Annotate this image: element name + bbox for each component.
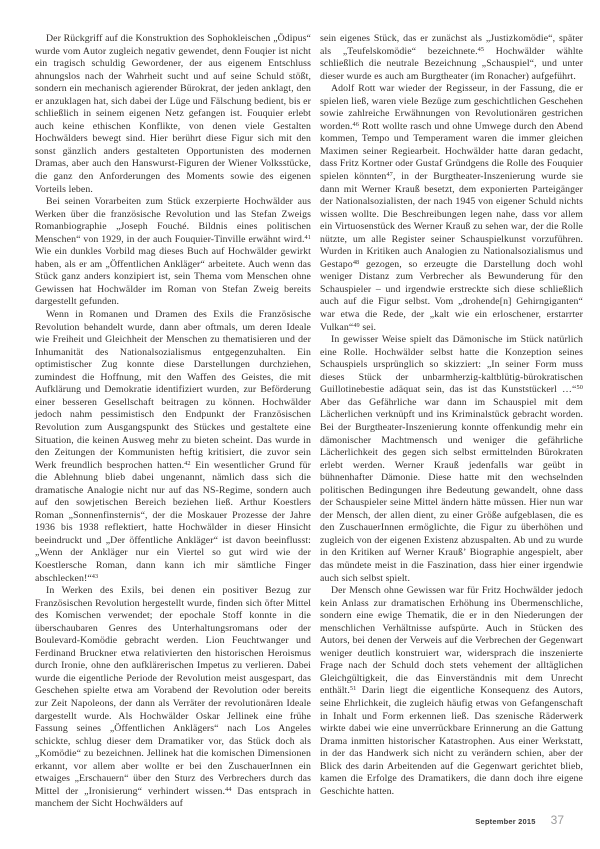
paragraph: Der Mensch ohne Gewissen war für Fritz H…	[320, 585, 583, 798]
footnote-ref: 44	[225, 786, 232, 793]
page-footer: September 2015 37	[475, 813, 564, 827]
footnote-ref: 43	[92, 573, 99, 580]
footnote-ref: 51	[350, 685, 357, 692]
footnote-ref: 41	[305, 234, 312, 241]
column-right: sein eigenes Stück, das er zunächst als …	[320, 33, 583, 811]
footer-page-number: 37	[551, 813, 564, 827]
paragraph: In gewisser Weise spielt das Dämonische …	[320, 334, 583, 585]
footnote-ref: 50	[577, 384, 584, 391]
document-page: Der Rückgriff auf die Konstruktion des S…	[0, 0, 600, 849]
text-columns: Der Rückgriff auf die Konstruktion des S…	[35, 33, 583, 811]
paragraph: Adolf Rott war wieder der Regisseur, in …	[320, 83, 583, 334]
footnote-ref: 42	[184, 460, 191, 467]
paragraph: Bei seinen Vorarbeiten zum Stück exzerpi…	[35, 196, 311, 309]
footnote-ref: 49	[353, 322, 360, 329]
paragraph: sein eigenes Stück, das er zunächst als …	[320, 33, 583, 83]
column-left: Der Rückgriff auf die Konstruktion des S…	[35, 33, 311, 811]
paragraph: Wenn in Romanen und Dramen des Exils die…	[35, 309, 311, 585]
footnote-ref: 47	[386, 171, 393, 178]
footnote-ref: 48	[353, 259, 360, 266]
footer-issue-date: September 2015	[475, 817, 535, 826]
footnote-ref: 46	[353, 121, 360, 128]
paragraph: Der Rückgriff auf die Konstruktion des S…	[35, 33, 311, 196]
footnote-ref: 45	[478, 46, 485, 53]
paragraph: In Werken des Exils, bei denen ein posit…	[35, 585, 311, 811]
